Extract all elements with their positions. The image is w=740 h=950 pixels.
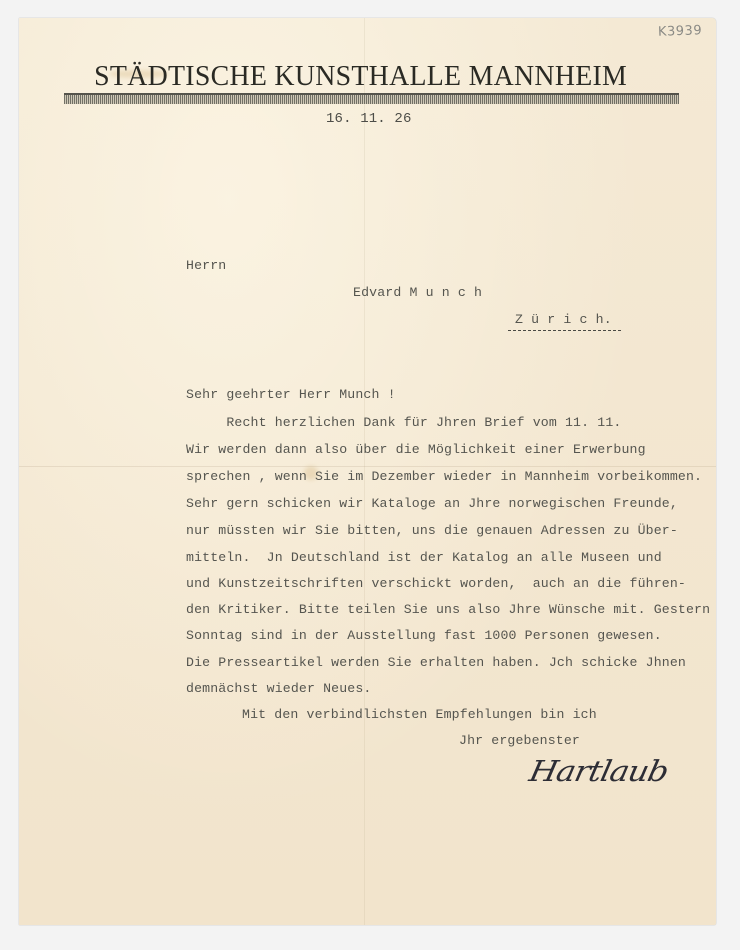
city-underline — [508, 330, 621, 331]
body-line: mitteln. Jn Deutschland ist der Katalog … — [186, 550, 662, 565]
body-line: Sehr gern schicken wir Kataloge an Jhre … — [186, 496, 678, 511]
body-line: Sonntag sind in der Ausstellung fast 100… — [186, 628, 662, 643]
paper-fold-horizontal — [19, 466, 716, 467]
greeting: Sehr geehrter Herr Munch ! — [186, 387, 396, 402]
recipient-title: Herrn — [186, 258, 226, 273]
body-line: und Kunstzeitschriften verschickt worden… — [186, 576, 686, 591]
body-line: demnächst wieder Neues. — [186, 681, 371, 696]
regards-line: Jhr ergebenster — [459, 733, 580, 748]
body-line: Recht herzlichen Dank für Jhren Brief vo… — [186, 415, 621, 430]
handwritten-signature: Hartlaub — [526, 754, 671, 788]
body-line: den Kritiker. Bitte teilen Sie uns also … — [186, 602, 710, 617]
body-line: sprechen , wenn Sie im Dezember wieder i… — [186, 469, 702, 484]
body-line: Die Presseartikel werden Sie erhalten ha… — [186, 655, 686, 670]
letter-date: 16. 11. 26 — [326, 111, 412, 127]
letterhead-title: STÄDTISCHE KUNSTHALLE MANNHEIM — [64, 60, 657, 93]
closing-line: Mit den verbindlichsten Empfehlungen bin… — [242, 707, 597, 722]
body-line: Wir werden dann also über die Möglichkei… — [186, 442, 646, 457]
archive-number: K3939 — [658, 23, 703, 40]
letterhead-rule — [64, 93, 679, 104]
recipient-name: Edvard M u n c h — [353, 285, 482, 300]
recipient-city: Z ü r i c h. — [515, 312, 612, 327]
body-line: nur müssten wir Sie bitten, uns die gena… — [186, 523, 678, 538]
